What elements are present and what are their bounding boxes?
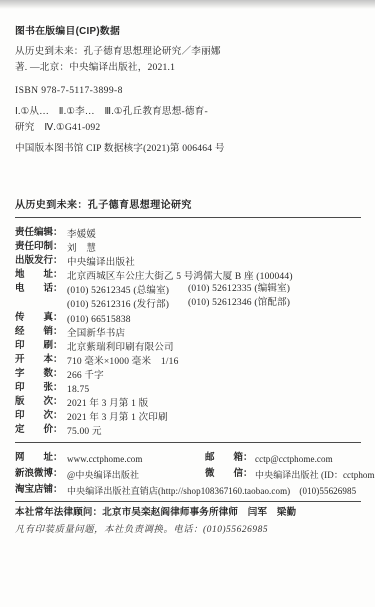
row-value: 18.75 [67, 385, 89, 395]
row-value: (010) 66515838 [67, 315, 131, 325]
book-title: 从历史到未来：孔子德育思想理论研究 [15, 196, 192, 211]
row-value: (010) 52612316 (发行部) [67, 300, 169, 310]
row-value-col2: (010) 52612335 (编辑室) [188, 282, 290, 296]
row-label: 责任编辑： [15, 226, 67, 240]
row-address: 地 址：北京西城区车公庄大街乙 5 号鸿儒大厦 B 座 (100044) [0, 268, 375, 282]
divider-top [15, 217, 361, 218]
publication-info-block: 责任编辑：李媛媛 责任印制：刘 慧 出版发行：中央编译出版社 地 址：北京西城区… [0, 226, 375, 437]
row-label: 版 次： [15, 395, 67, 409]
row-label: 地 址： [15, 268, 67, 282]
row-value: 266 千字 [67, 371, 104, 381]
row-publisher: 出版发行：中央编译出版社 [0, 254, 375, 268]
row-sheets: 印 张：18.75 [0, 381, 375, 395]
row-label: 电 话： [15, 282, 67, 296]
website-label: 网 址： [15, 450, 67, 466]
taobao-label: 淘宝店铺： [15, 482, 67, 498]
row-value-col2: (010) 52612346 (馆配部) [188, 296, 290, 310]
legal-footer: 本社常年法律顾问：北京市吴栾赵阎律师事务所律师 闫军 梁勤 凡有印装质量问题，本… [15, 506, 365, 537]
divider-middle [15, 442, 361, 443]
email-label: 邮 箱： [205, 450, 255, 466]
row-label: 责任印制： [15, 240, 67, 254]
row-label: 传 真： [15, 311, 67, 325]
website-url: www.cctphome.com [67, 454, 143, 464]
row-label: 出版发行： [15, 254, 67, 268]
row-print-supervisor: 责任印制：刘 慧 [0, 240, 375, 254]
cip-classification-line-2: 研究 Ⅳ.①G41-092 [15, 120, 363, 136]
row-value: 北京西城区车公庄大街乙 5 号鸿儒大厦 B 座 (100044) [67, 272, 293, 282]
divider-bottom [15, 501, 361, 502]
scan-edge-shadow [0, 0, 375, 9]
row-format: 开 本：710 毫米×1000 毫米 1/16 [0, 353, 375, 367]
row-value: 2021 年 3 月第 1 次印刷 [67, 413, 168, 423]
cip-record-number: 中国版本图书馆 CIP 数据核字(2021)第 006464 号 [15, 141, 363, 157]
row-impression: 印 次：2021 年 3 月第 1 次印刷 [0, 409, 375, 423]
cip-title-line: 从历史到未来：孔子德育思想理论研究／李丽娜 [15, 44, 363, 60]
row-edition: 版 次：2021 年 3 月第 1 版 [0, 395, 375, 409]
row-word-count: 字 数：266 千字 [0, 367, 375, 381]
row-value: 李媛媛 [67, 230, 96, 240]
row-label: 开 本： [15, 353, 67, 367]
book-copyright-page: 图书在版编目(CIP)数据 从历史到未来：孔子德育思想理论研究／李丽娜 著. —… [0, 0, 375, 607]
row-label: 印 刷： [15, 339, 67, 353]
legal-advisor-line: 本社常年法律顾问：北京市吴栾赵阎律师事务所律师 闫军 梁勤 [15, 506, 365, 519]
row-label: 经 销： [15, 325, 67, 339]
row-label: 定 价： [15, 423, 67, 437]
row-value: 中央编译出版社 [67, 258, 135, 268]
email-pair: 邮 箱：cctp@cctphome.com [205, 450, 333, 467]
row-label: 印 次： [15, 409, 67, 423]
quality-note-line: 凡有印装质量问题，本社负责调换。电话：(010)55626985 [15, 524, 365, 537]
row-weibo-wechat: 新浪微博：@中央编译出版社 微 信：中央编译出版社 (ID：cctphome) [0, 466, 375, 482]
row-label: 字 数： [15, 367, 67, 381]
cip-classification-line-1: Ⅰ.①从… Ⅱ.①李… Ⅲ.①孔丘教育思想-德育- [15, 104, 363, 120]
row-label: 印 张： [15, 381, 67, 395]
weibo-label: 新浪微博： [15, 466, 67, 482]
weibo-handle: @中央编译出版社 [67, 470, 139, 480]
row-value: 75.00 元 [67, 427, 102, 437]
row-website-email: 网 址：www.cctphome.com 邮 箱：cctp@cctphome.c… [0, 450, 375, 466]
row-value: (010) 52612345 (总编室) [67, 286, 169, 296]
row-value: 刘 慧 [67, 244, 96, 254]
row-value: 北京紫瑞利印刷有限公司 [67, 343, 174, 353]
row-value: 全国新华书店 [67, 329, 125, 339]
wechat-label: 微 信： [205, 466, 255, 482]
email-address: cctp@cctphome.com [255, 454, 333, 464]
row-phone-2: (010) 52612316 (发行部)(010) 52612346 (馆配部) [0, 296, 375, 310]
row-editor: 责任编辑：李媛媛 [0, 226, 375, 240]
wechat-pair: 微 信：中央编译出版社 (ID：cctphome) [205, 466, 375, 483]
cip-data-block: 图书在版编目(CIP)数据 从历史到未来：孔子德育思想理论研究／李丽娜 著. —… [15, 26, 363, 157]
row-value: 710 毫米×1000 毫米 1/16 [67, 357, 179, 367]
row-phone-1: 电 话：(010) 52612345 (总编室)(010) 52612335 (… [0, 282, 375, 296]
row-fax: 传 真：(010) 66515838 [0, 311, 375, 325]
wechat-id: 中央编译出版社 (ID：cctphome) [255, 470, 375, 480]
cip-publisher-line: 著. —北京：中央编译出版社，2021.1 [15, 60, 363, 76]
taobao-store: 中央编译出版社直销店(http://shop108367160.taobao.c… [67, 486, 356, 496]
row-price: 定 价：75.00 元 [0, 423, 375, 437]
cip-heading: 图书在版编目(CIP)数据 [15, 26, 363, 38]
row-taobao: 淘宝店铺：中央编译出版社直销店(http://shop108367160.tao… [0, 482, 375, 498]
row-value: 2021 年 3 月第 1 版 [67, 399, 148, 409]
row-printer: 印 刷：北京紫瑞利印刷有限公司 [0, 339, 375, 353]
isbn-line: ISBN 978-7-5117-3899-8 [15, 83, 363, 99]
row-distributor: 经 销：全国新华书店 [0, 325, 375, 339]
contact-block: 网 址：www.cctphome.com 邮 箱：cctp@cctphome.c… [0, 450, 375, 498]
